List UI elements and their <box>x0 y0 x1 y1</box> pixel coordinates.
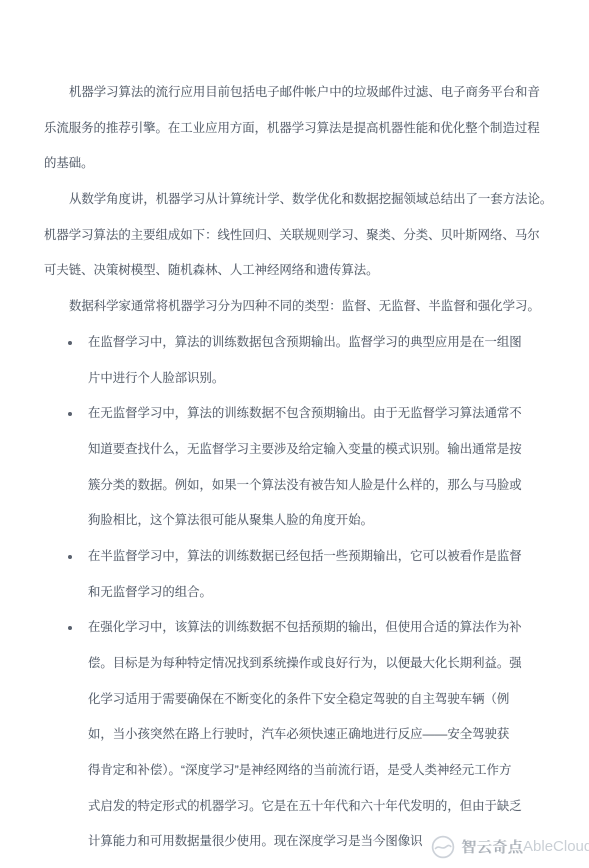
text-line: 簇分类的数据。例如，如果一个算法没有被告知人脸是什么样的，那么与马脸或 <box>88 468 545 504</box>
text-line: 狗脸相比，这个算法很可能从聚集人脸的角度开始。 <box>88 503 545 539</box>
bullet-item: 在无监督学习中，算法的训练数据不包含预期输出。由于无监督学习算法通常不知道要查找… <box>44 396 545 539</box>
text-line: 数据科学家通常将机器学习分为四种不同的类型：监督、无监督、半监督和强化学习。 <box>44 289 545 325</box>
text-line: 的基础。 <box>44 146 545 182</box>
paragraph: 数据科学家通常将机器学习分为四种不同的类型：监督、无监督、半监督和强化学习。 <box>44 289 545 325</box>
text-line: 和无监督学习的组合。 <box>88 575 545 611</box>
text-line: 得肯定和补偿）。“深度学习”是神经网络的当前流行语，是受人类神经元工作方 <box>88 753 545 789</box>
text-line: 在无监督学习中，算法的训练数据不包含预期输出。由于无监督学习算法通常不 <box>88 396 545 432</box>
text-line: 机器学习算法的流行应用目前包括电子邮件帐户中的垃圾邮件过滤、电子商务平台和音 <box>44 75 545 111</box>
text-line: 在强化学习中，该算法的训练数据不包括预期的输出，但使用合适的算法作为补 <box>88 610 545 646</box>
watermark-brand-cn: 智云奇点 <box>461 836 523 857</box>
text-line: 知道要查找什么，无监督学习主要涉及给定输入变量的模式识别。输出通常是按 <box>88 432 545 468</box>
bullet-marker-icon <box>68 412 72 416</box>
text-line: 式启发的特定形式的机器学习。它是在五十年代和六十年代发明的，但由于缺乏 <box>88 789 545 825</box>
bullet-item: 在监督学习中，算法的训练数据包含预期输出。监督学习的典型应用是在一组图片中进行个… <box>44 325 545 396</box>
bullet-item: 在半监督学习中，算法的训练数据已经包括一些预期输出，它可以被看作是监督和无监督学… <box>44 539 545 610</box>
ablecloud-logo-icon <box>431 835 455 859</box>
article-page: 机器学习算法的流行应用目前包括电子邮件帐户中的垃圾邮件过滤、电子商务平台和音乐流… <box>0 0 589 868</box>
text-line: 在半监督学习中，算法的训练数据已经包括一些预期输出，它可以被看作是监督 <box>88 539 545 575</box>
text-line: 偿。目标是为每种特定情况找到系统操作或良好行为，以便最大化长期利益。强 <box>88 646 545 682</box>
text-line: 机器学习算法的主要组成如下：线性回归、关联规则学习、聚类、分类、贝叶斯网络、马尔 <box>44 218 545 254</box>
bullet-item: 在强化学习中，该算法的训练数据不包括预期的输出，但使用合适的算法作为补偿。目标是… <box>44 610 545 860</box>
bullet-marker-icon <box>68 341 72 345</box>
article-body: 机器学习算法的流行应用目前包括电子邮件帐户中的垃圾邮件过滤、电子商务平台和音乐流… <box>44 75 545 860</box>
bullet-marker-icon <box>68 626 72 630</box>
text-line: 可夫链、决策树模型、随机森林、人工神经网络和遗传算法。 <box>44 253 545 289</box>
watermark: 智云奇点AbleCloud <box>431 833 589 860</box>
bullet-marker-icon <box>68 555 72 559</box>
text-line: 化学习适用于需要确保在不断变化的条件下安全稳定驾驶的自主驾驶车辆（例 <box>88 682 545 718</box>
text-line: 如，当小孩突然在路上行驶时，汽车必须快速正确地进行反应——安全驾驶获 <box>88 717 545 753</box>
text-line: 片中进行个人脸部识别。 <box>88 361 545 397</box>
paragraph: 从数学角度讲，机器学习从计算统计学、数学优化和数据挖掘领域总结出了一套方法论。机… <box>44 182 545 289</box>
paragraph: 机器学习算法的流行应用目前包括电子邮件帐户中的垃圾邮件过滤、电子商务平台和音乐流… <box>44 75 545 182</box>
text-line: 在监督学习中，算法的训练数据包含预期输出。监督学习的典型应用是在一组图 <box>88 325 545 361</box>
watermark-brand-en: AbleCloud <box>523 838 589 855</box>
text-line: 乐流服务的推荐引擎。在工业应用方面，机器学习算法是提高机器性能和优化整个制造过程 <box>44 111 545 147</box>
text-line: 从数学角度讲，机器学习从计算统计学、数学优化和数据挖掘领域总结出了一套方法论。 <box>44 182 545 218</box>
